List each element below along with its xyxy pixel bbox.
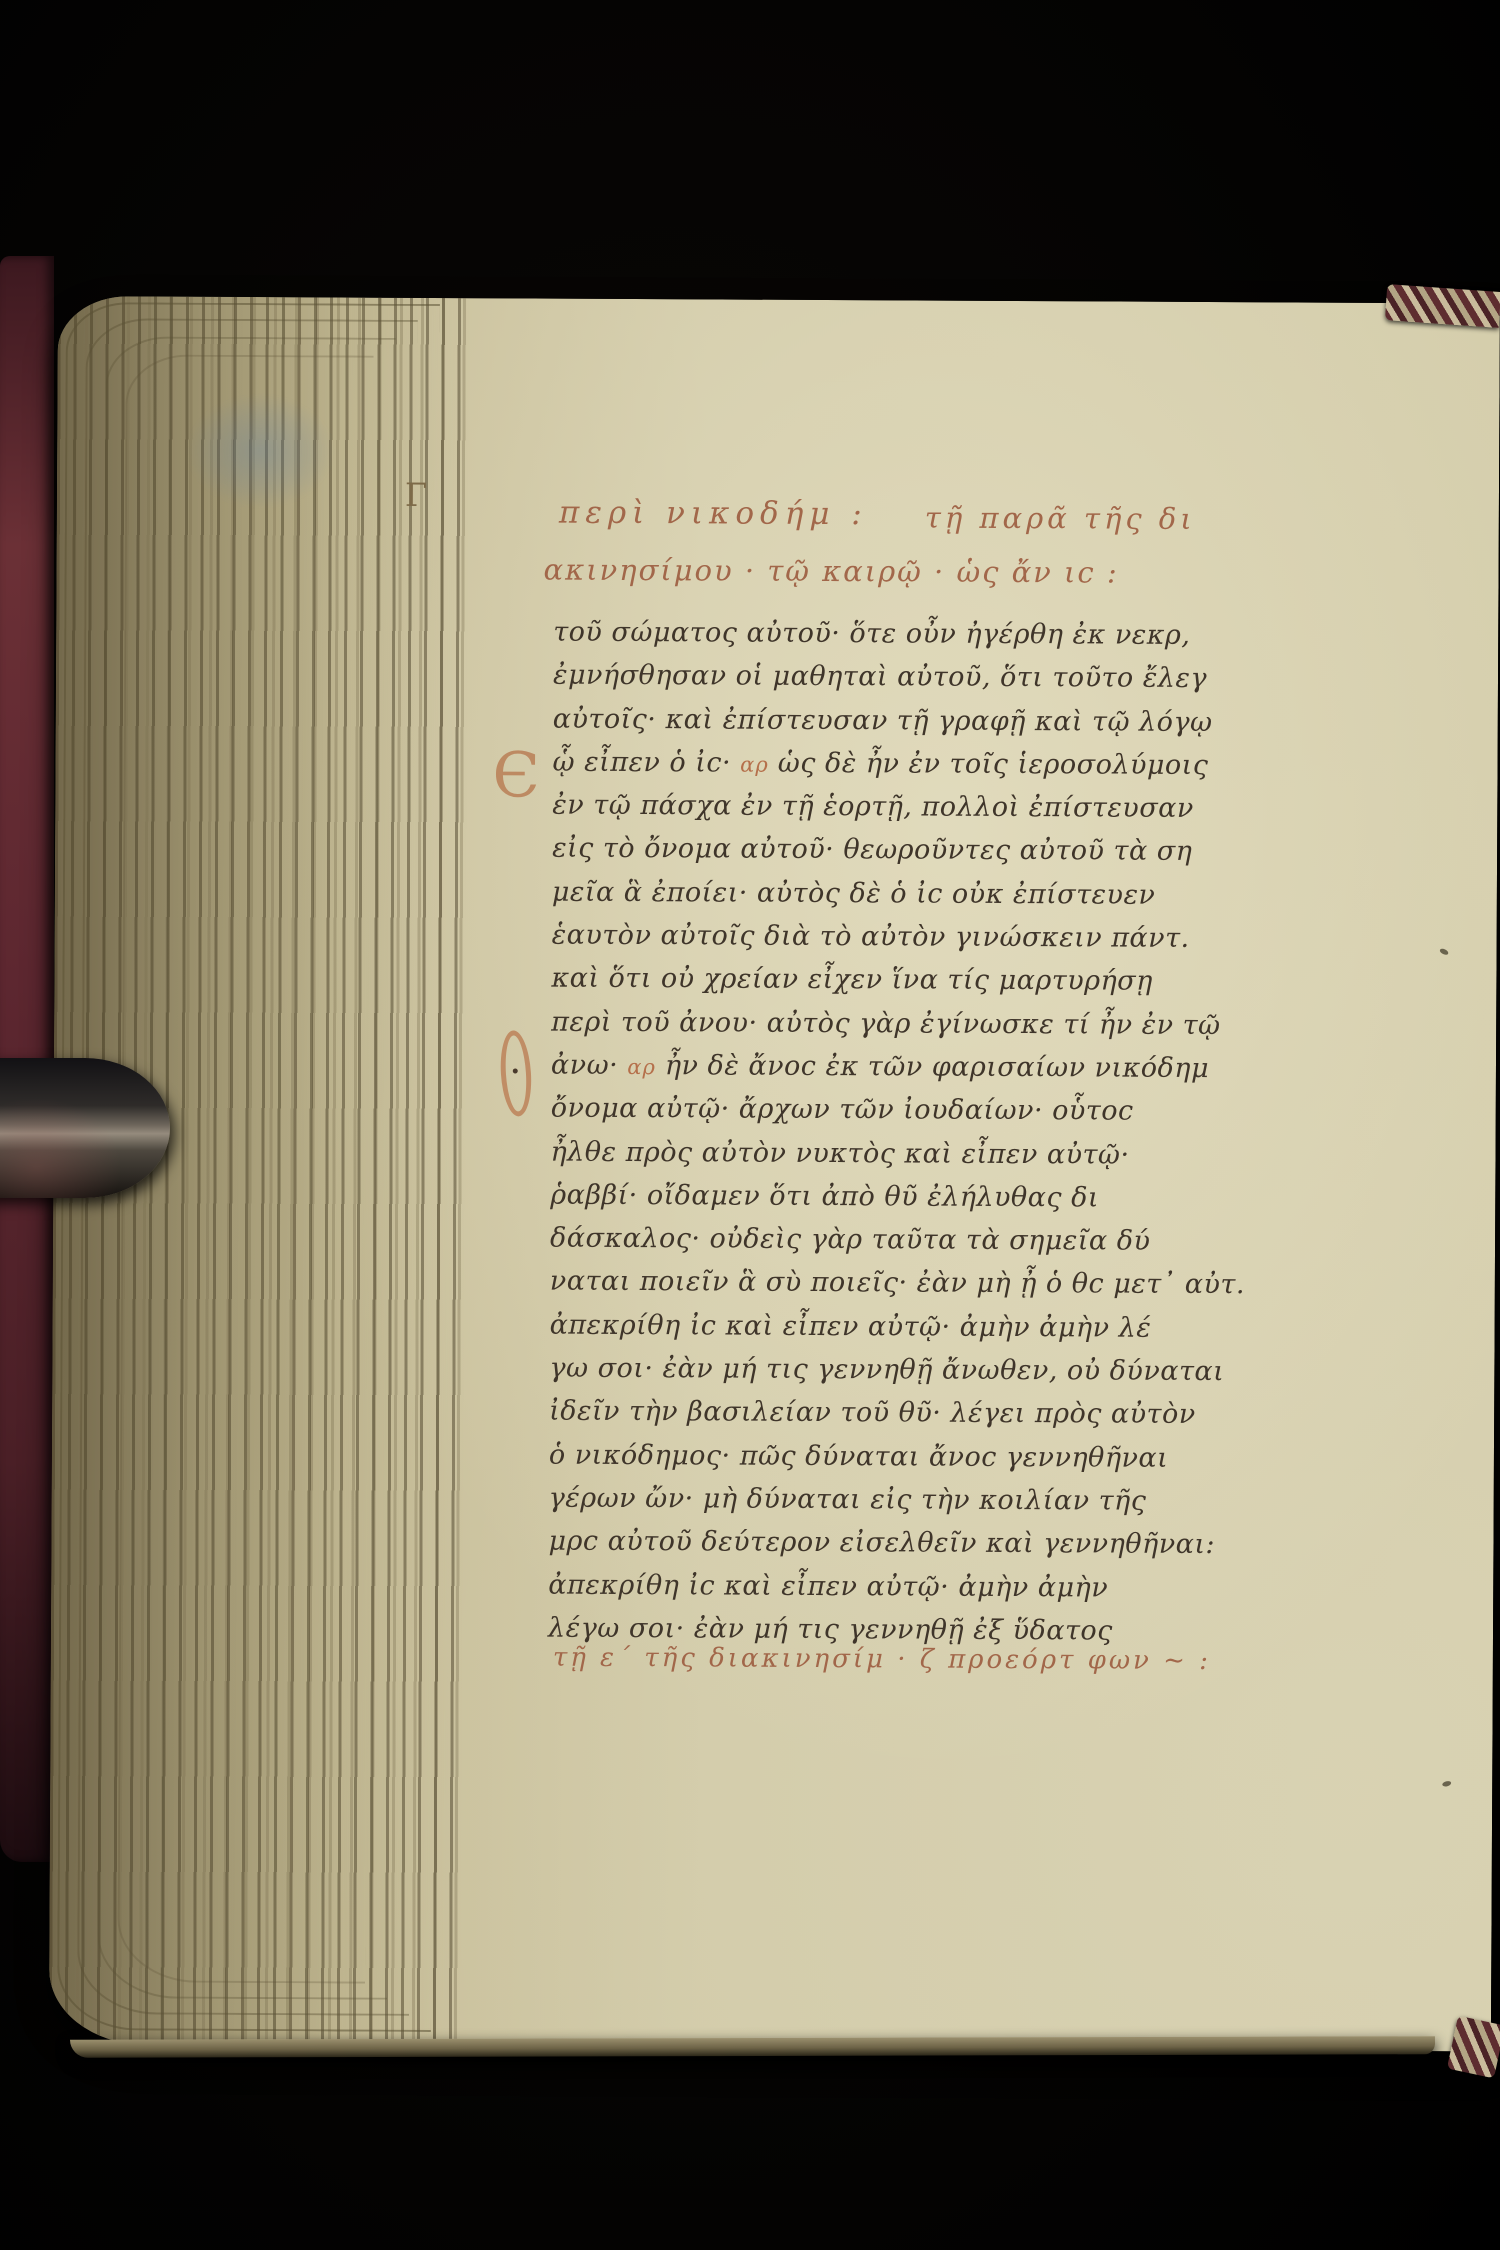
page-speck [1439,948,1449,956]
text-line: περὶ τοῦ ἀνου· αὐτὸς γὰρ ἐγίνωσκε τί ἦν … [551,1006,1341,1053]
text-line: μεῖα ἃ ἐποίει· αὐτὸς δὲ ὁ ἰϲ οὐκ ἐπίστευ… [552,876,1342,923]
text-segment: ἀνω· [551,1050,627,1081]
text-line: ὄνομα αὐτῷ· ἄρχων τῶν ἰουδαίων· οὗτοϲ [551,1093,1341,1140]
manuscript-photo: Γ περὶ νικοδήμ : τῇ παρᾶ τῆς δι ακινησίμ… [0,0,1500,2250]
text-line: ῥαββί· οἴδαμεν ὅτι ἀπὸ θῦ ἐλήλυθας δι [550,1179,1340,1226]
arche-rubric-mark: αρ [740,752,769,776]
margin-initial-theta [498,1030,533,1118]
quire-mark: Γ [405,476,427,514]
ink-stain [185,393,336,510]
text-line: ᾧ εἶπεν ὁ ἰϲ· αρ ὡς δὲ ἦν ἐν τοῖς ἱεροσο… [552,746,1342,793]
text-line: ἀνω· αρ ἦν δὲ ἄνοϲ ἐκ τῶν φαρισαίων νικό… [551,1050,1341,1097]
text-line: γέρων ὤν· μὴ δύναται εἰς τὴν κοιλίαν τῆς [549,1483,1339,1530]
text-line: ἀπεκρίθη ἰϲ καὶ εἶπεν αὐτῷ· ἀμὴν ἀμὴν [548,1569,1338,1616]
text-line: γω σοι· ἐὰν μή τις γεννηθῇ ἄνωθεν, οὐ δύ… [549,1353,1339,1400]
text-segment: ὡς δὲ ἦν ἐν τοῖς ἱεροσολύμοις [769,748,1209,781]
text-line: μρϲ αὐτοῦ δεύτερον εἰσελθεῖν καὶ γεννηθῆ… [548,1526,1338,1573]
text-line: ναται ποιεῖν ἃ σὺ ποιεῖς· ἐὰν μὴ ᾖ ὁ θϲ … [550,1266,1340,1313]
text-line: ἑαυτὸν αὐτοῖς διὰ τὸ αὐτὸν γινώσκειν πάν… [552,920,1342,967]
arche-rubric-mark: αρ [627,1055,656,1079]
text-line: εἰς τὸ ὄνομα αὐτοῦ· θεωροῦντες αὐτοῦ τὰ … [552,833,1342,880]
text-line: ἐμνήσθησαν οἱ μαθηταὶ αὐτοῦ, ὅτι τοῦτο ἔ… [553,660,1343,707]
text-line: δάσκαλος· οὐδεὶς γὰρ ταῦτα τὰ σημεῖα δύ [550,1223,1340,1270]
book-weight [0,1058,170,1198]
text-segment: ἦν δὲ ἄνοϲ ἐκ τῶν φαρισαίων νικόδημ [656,1050,1209,1084]
page-speck [1442,1780,1452,1787]
text-line: καὶ ὅτι οὐ χρείαν εἶχεν ἵνα τίς μαρτυρήσ… [551,963,1341,1010]
text-line: ἦλθε πρὸς αὐτὸν νυκτὸς καὶ εἶπεν αὐτῷ· [550,1136,1340,1183]
gospel-text-block: τοῦ σώματος αὐτοῦ· ὅτε οὖν ἠγέρθη ἐκ νεκ… [548,617,1343,1660]
text-line: ἐν τῷ πάσχα ἐν τῇ ἑορτῇ, πολλοὶ ἐπίστευσ… [552,790,1342,837]
text-segment: ᾧ εἶπεν ὁ ἰϲ· [552,746,740,778]
text-line: ἀπεκρίθη ἰϲ καὶ εἶπεν αὐτῷ· ἀμὴν ἀμὴν λέ [549,1309,1339,1356]
bottom-leaf-edges [70,2036,1435,2058]
text-line: ὁ νικόδημος· πῶς δύναται ἄνοϲ γεννηθῆναι [549,1439,1339,1486]
header-rubric-line1-right: τῇ παρᾶ τῆς δι [925,501,1196,536]
text-line: τοῦ σώματος αὐτοῦ· ὅτε οὖν ἠγέρθη ἐκ νεκ… [553,617,1343,664]
footer-rubric: τῇ ε΄ τῆς διακινησίμ · ζ προεόρτ φων ~ : [553,1643,1211,1676]
margin-initial-epsilon: Є [492,744,540,806]
text-line: ἰδεῖν τὴν βασιλείαν τοῦ θῦ· λέγει πρὸς α… [549,1396,1339,1443]
initial-theta-dot [513,1068,518,1073]
header-rubric-line2: ακινησίμου · τῷ καιρῷ · ὡς ἄν ιϲ : [543,553,1118,590]
text-line: αὐτοῖς· καὶ ἐπίστευσαν τῇ γραφῇ καὶ τῷ λ… [553,703,1343,750]
leaf-edge-line [117,354,374,1983]
header-rubric-line1-left: περὶ νικοδήμ : [559,495,868,533]
manuscript-page: Γ περὶ νικοδήμ : τῇ παρᾶ τῆς δι ακινησίμ… [49,296,1500,2052]
